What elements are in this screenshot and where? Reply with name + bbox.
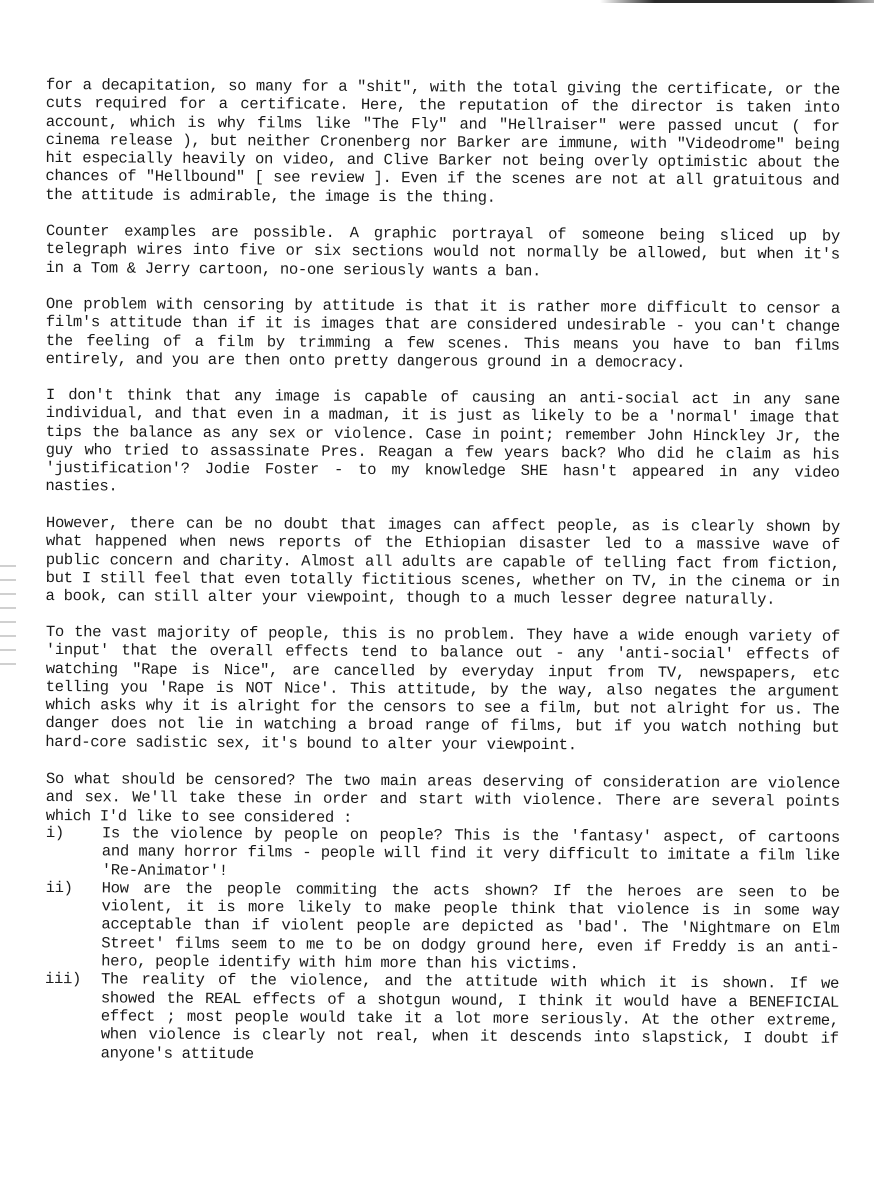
binding-marks: [0, 565, 16, 675]
scan-top-edge: [600, 0, 874, 3]
considerations-list: i) Is the violence by people on people? …: [45, 824, 840, 1067]
list-marker: iii): [45, 971, 95, 990]
list-item: iii) The reality of the violence, and th…: [45, 971, 840, 1067]
paragraph-certificate: for a decapitation, so many for a "shit"…: [45, 76, 840, 209]
paragraph-vast-majority: To the vast majority of people, this is …: [45, 623, 840, 756]
list-item-text: The reality of the violence, and the att…: [101, 971, 840, 1067]
paragraph-counter-examples: Counter examples are possible. A graphic…: [46, 222, 840, 282]
list-item: ii) How are the people commiting the act…: [45, 879, 840, 975]
document-page: for a decapitation, so many for a "shit"…: [46, 76, 840, 1062]
list-marker: ii): [46, 879, 96, 898]
paragraph-censoring-attitude: One problem with censoring by attitude i…: [46, 295, 840, 373]
paragraph-images-affect-people: However, there can be no doubt that imag…: [46, 514, 840, 610]
list-item-text: Is the violence by people on people? Thi…: [102, 825, 840, 884]
list-item: i) Is the violence by people on people? …: [46, 824, 840, 884]
list-item-text: How are the people commiting the acts sh…: [101, 880, 840, 976]
list-marker: i): [46, 824, 96, 843]
paragraph-anti-social-act: I don't think that any image is capable …: [45, 386, 840, 501]
paragraph-what-should-be-censored: So what should be censored? The two main…: [46, 770, 840, 830]
